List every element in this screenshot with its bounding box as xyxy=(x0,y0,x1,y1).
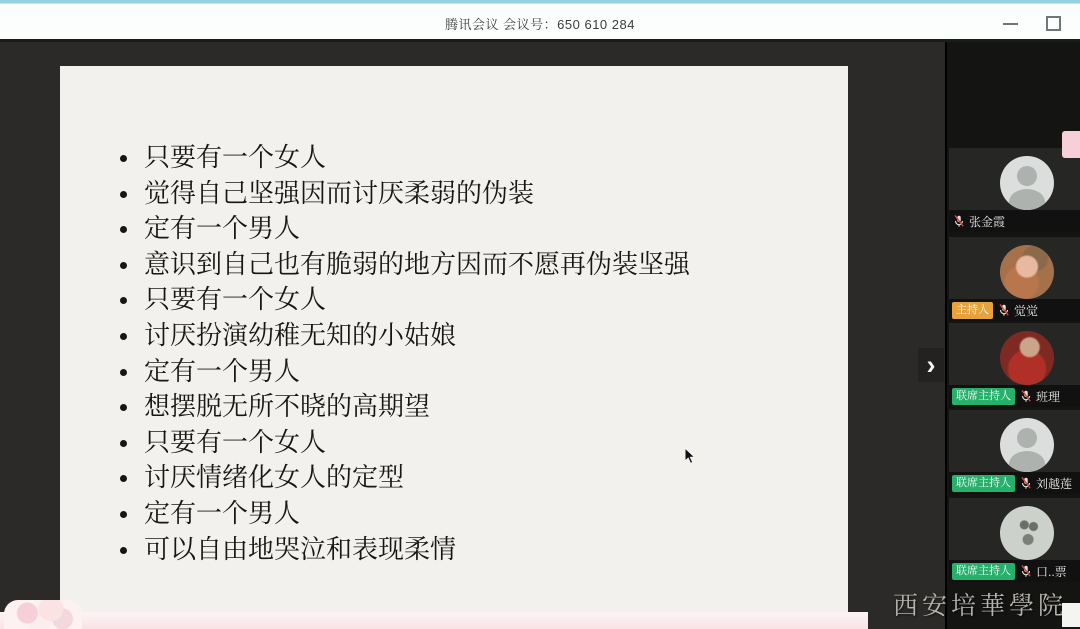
muted-mic-icon xyxy=(952,214,966,228)
muted-mic-icon xyxy=(1019,564,1033,578)
bullet-item: 讨厌情绪化女人的定型 xyxy=(114,460,848,496)
bullet-item: 讨厌扮演幼稚无知的小姑娘 xyxy=(114,318,848,354)
cohost-badge: 联席主持人 xyxy=(952,563,1015,580)
participant-name-bar: 联席主持人 口..票 xyxy=(949,560,1080,582)
participant-tile[interactable]: 联席主持人 班理 xyxy=(949,323,1080,407)
title-bar: 腾讯会议 会议号：650 610 284 xyxy=(0,0,1080,39)
avatar xyxy=(1000,245,1054,299)
participant-tile[interactable]: 主持人 觉觉 xyxy=(949,237,1080,321)
participant-tile[interactable]: 张金霞 xyxy=(949,148,1080,232)
bullet-item: 定有一个男人 xyxy=(114,354,848,390)
bullet-item: 可以自由地哭泣和表现柔情 xyxy=(114,532,848,568)
participant-name-bar: 主持人 觉觉 xyxy=(949,299,1080,321)
avatar xyxy=(1000,331,1054,385)
participant-tile[interactable]: 联席主持人 口..票 xyxy=(949,498,1080,582)
titlebar-accent-line xyxy=(0,3,1080,4)
maximize-button[interactable] xyxy=(1036,3,1070,39)
bullet-item: 只要有一个女人 xyxy=(114,140,848,176)
participant-name-bar: 张金霞 xyxy=(949,210,1080,232)
muted-mic-icon xyxy=(1019,476,1033,490)
minimize-button[interactable] xyxy=(994,3,1028,39)
university-watermark: 西安培華學院 xyxy=(893,586,1080,622)
host-badge: 主持人 xyxy=(952,302,993,319)
slide-bottom-decoration xyxy=(0,612,868,629)
participant-name-bar: 联席主持人 班理 xyxy=(949,385,1080,407)
bullet-item: 定有一个男人 xyxy=(114,496,848,532)
participant-name: 口..票 xyxy=(1036,563,1067,580)
pink-edge-tab xyxy=(1062,131,1080,158)
cohost-badge: 联席主持人 xyxy=(952,388,1015,405)
participant-name: 张金霞 xyxy=(969,213,1005,230)
muted-mic-icon xyxy=(1019,389,1033,403)
screen-share-stage: 只要有一个女人 觉得自己坚强因而讨厌柔弱的伪装 定有一个男人 意识到自己也有脆弱… xyxy=(0,42,945,629)
participant-name: 觉觉 xyxy=(1014,302,1038,319)
bullet-item: 定有一个男人 xyxy=(114,211,848,247)
participant-name-bar: 联席主持人 刘越莲 xyxy=(949,472,1080,494)
white-corner-block xyxy=(1062,603,1080,627)
participant-name: 刘越莲 xyxy=(1036,475,1072,492)
mouse-cursor-icon xyxy=(683,447,697,465)
participant-name: 班理 xyxy=(1036,388,1060,405)
bullet-item: 意识到自己也有脆弱的地方因而不愿再伪装坚强 xyxy=(114,247,848,283)
participants-sidebar: 张金霞 主持人 觉觉 联席主持人 xyxy=(945,42,1080,629)
bullet-item: 只要有一个女人 xyxy=(114,282,848,318)
presentation-slide: 只要有一个女人 觉得自己坚强因而讨厌柔弱的伪装 定有一个男人 意识到自己也有脆弱… xyxy=(60,66,848,612)
meeting-window: 腾讯会议 会议号：650 610 284 只要有一个女人 觉得自己坚强因而讨厌柔… xyxy=(0,0,1080,629)
cohost-badge: 联席主持人 xyxy=(952,475,1015,492)
avatar xyxy=(1000,156,1054,210)
participant-tile[interactable]: 联席主持人 刘越莲 xyxy=(949,410,1080,494)
bullet-list: 只要有一个女人 觉得自己坚强因而讨厌柔弱的伪装 定有一个男人 意识到自己也有脆弱… xyxy=(60,66,848,567)
flower-sticker xyxy=(4,600,82,629)
muted-mic-icon xyxy=(997,303,1011,317)
window-title: 腾讯会议 会议号：650 610 284 xyxy=(0,14,1080,33)
sidebar-collapse-chevron-icon[interactable]: › xyxy=(918,348,944,382)
bullet-item: 觉得自己坚强因而讨厌柔弱的伪装 xyxy=(114,176,848,212)
bullet-item: 想摆脱无所不晓的高期望 xyxy=(114,389,848,425)
avatar xyxy=(1000,506,1054,560)
bullet-item: 只要有一个女人 xyxy=(114,425,848,461)
avatar xyxy=(1000,418,1054,472)
